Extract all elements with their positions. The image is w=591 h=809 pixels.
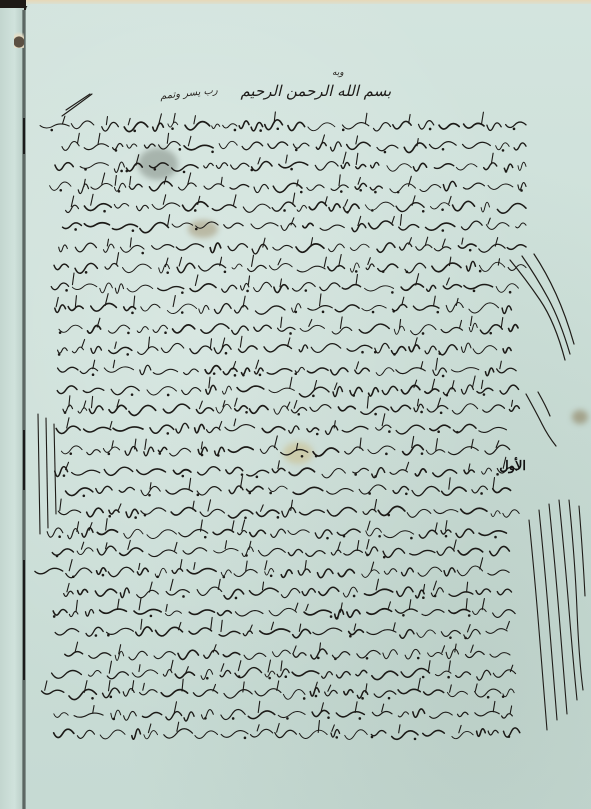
manuscript-line [56,538,526,558]
main-text-block: الأول [56,112,526,741]
manuscript-line [56,396,526,416]
manuscript-line [56,335,526,355]
manuscript-line [56,680,526,700]
rubric-heading: الأول [499,459,526,474]
manuscript-line [56,376,526,396]
binding-stitch [23,118,25,154]
manuscript-line [56,153,526,173]
marginal-script-strokes [60,90,100,120]
manuscript-line [56,112,526,132]
right-margin-note-lower [525,500,591,743]
basmala: بسم الله الرحمن الرحيم [240,82,391,100]
right-margin-note-middle [520,390,580,453]
top-left-corner-note [60,90,100,123]
manuscript-line [56,640,526,660]
manuscript-photo: وبه بسم الله الرحمن الرحيم رب يسر وتمم ا… [0,0,591,809]
manuscript-line [56,701,526,721]
manuscript-line [56,559,526,579]
manuscript-line [56,295,526,315]
manuscript-line [56,173,526,193]
marginal-script-strokes [500,250,580,370]
manuscript-line [56,518,526,538]
manuscript-line [56,721,526,741]
manuscript-line [56,477,526,497]
manuscript-line [56,356,526,376]
manuscript-line [56,254,526,274]
manuscript-line [56,416,526,436]
binding-stitch [23,430,25,490]
manuscript-line [56,274,526,294]
manuscript-line [56,315,526,335]
manuscript-line: الأول [56,457,526,477]
manuscript-line [56,599,526,619]
manuscript-line [56,437,526,457]
heading-side-note: رب يسر وتمم [159,85,218,102]
worm-hole [14,28,24,48]
left-margin-note [30,410,60,543]
facing-page-edge [0,8,24,809]
manuscript-line [56,193,526,213]
marginal-script-strokes [30,410,60,540]
binding-stitch [23,560,25,680]
right-margin-note-upper [500,250,580,373]
manuscript-line [56,660,526,680]
manuscript-line [56,579,526,599]
marginal-script-strokes [525,500,591,740]
manuscript-line [56,132,526,152]
script-strokes [56,721,526,745]
manuscript-line [56,498,526,518]
manuscript-line [56,234,526,254]
manuscript-line [56,619,526,639]
marginal-script-strokes [520,390,580,450]
manuscript-line [56,213,526,233]
heading-top-note: وبه [332,68,344,78]
